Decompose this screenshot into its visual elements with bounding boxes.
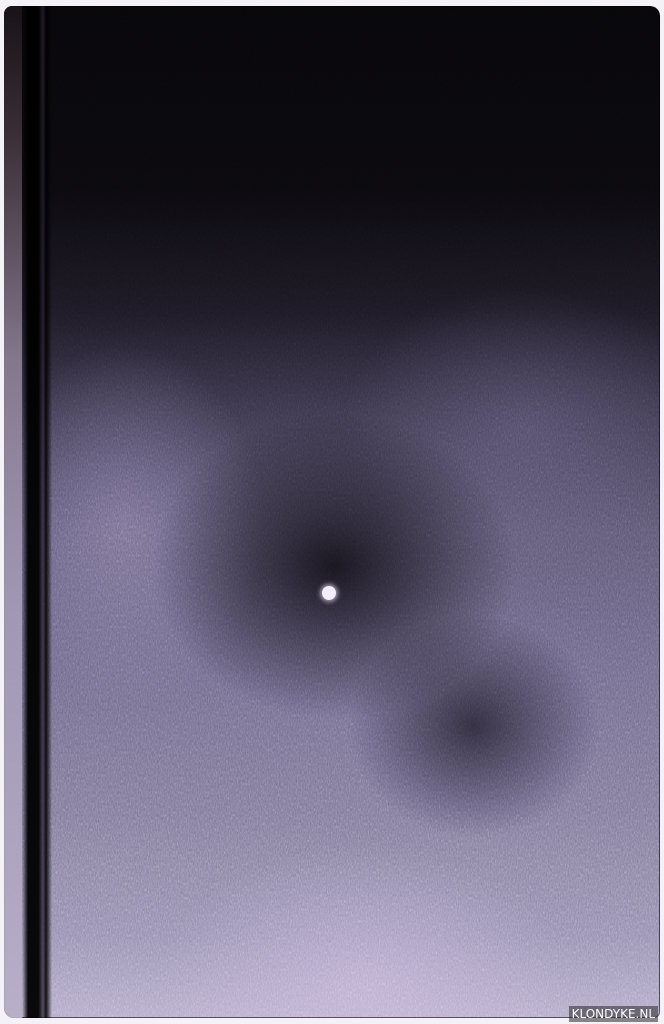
cover-left-edge — [4, 6, 22, 1018]
book-cover-photo: KLONDYKE.NL — [0, 0, 664, 1024]
watermark: KLONDYKE.NL — [569, 1006, 658, 1022]
book-cover — [4, 6, 660, 1018]
cloth-texture — [4, 6, 660, 1018]
wear-spot — [322, 586, 336, 600]
spine-groove — [22, 6, 52, 1018]
